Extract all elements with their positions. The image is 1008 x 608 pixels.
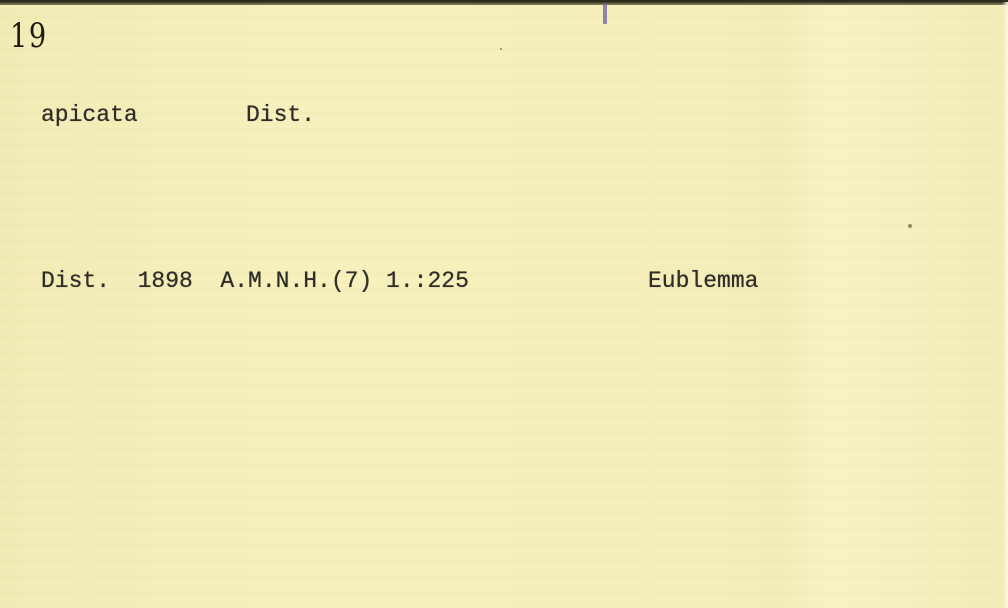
index-card: 19 apicata Dist. Dist. 1898 A.M.N.H.(7) … (0, 2, 1008, 608)
genus-name: Eublemma (648, 268, 758, 294)
citation: Dist. 1898 A.M.N.H.(7) 1.:225 (41, 268, 469, 294)
card-top-edge (0, 2, 1008, 5)
card-number: 19 (10, 16, 48, 56)
species-author: Dist. (246, 102, 315, 128)
paper-speck (500, 48, 502, 50)
paper-speck (908, 224, 912, 228)
species-name: apicata (41, 102, 138, 128)
tab-marker (603, 4, 607, 24)
